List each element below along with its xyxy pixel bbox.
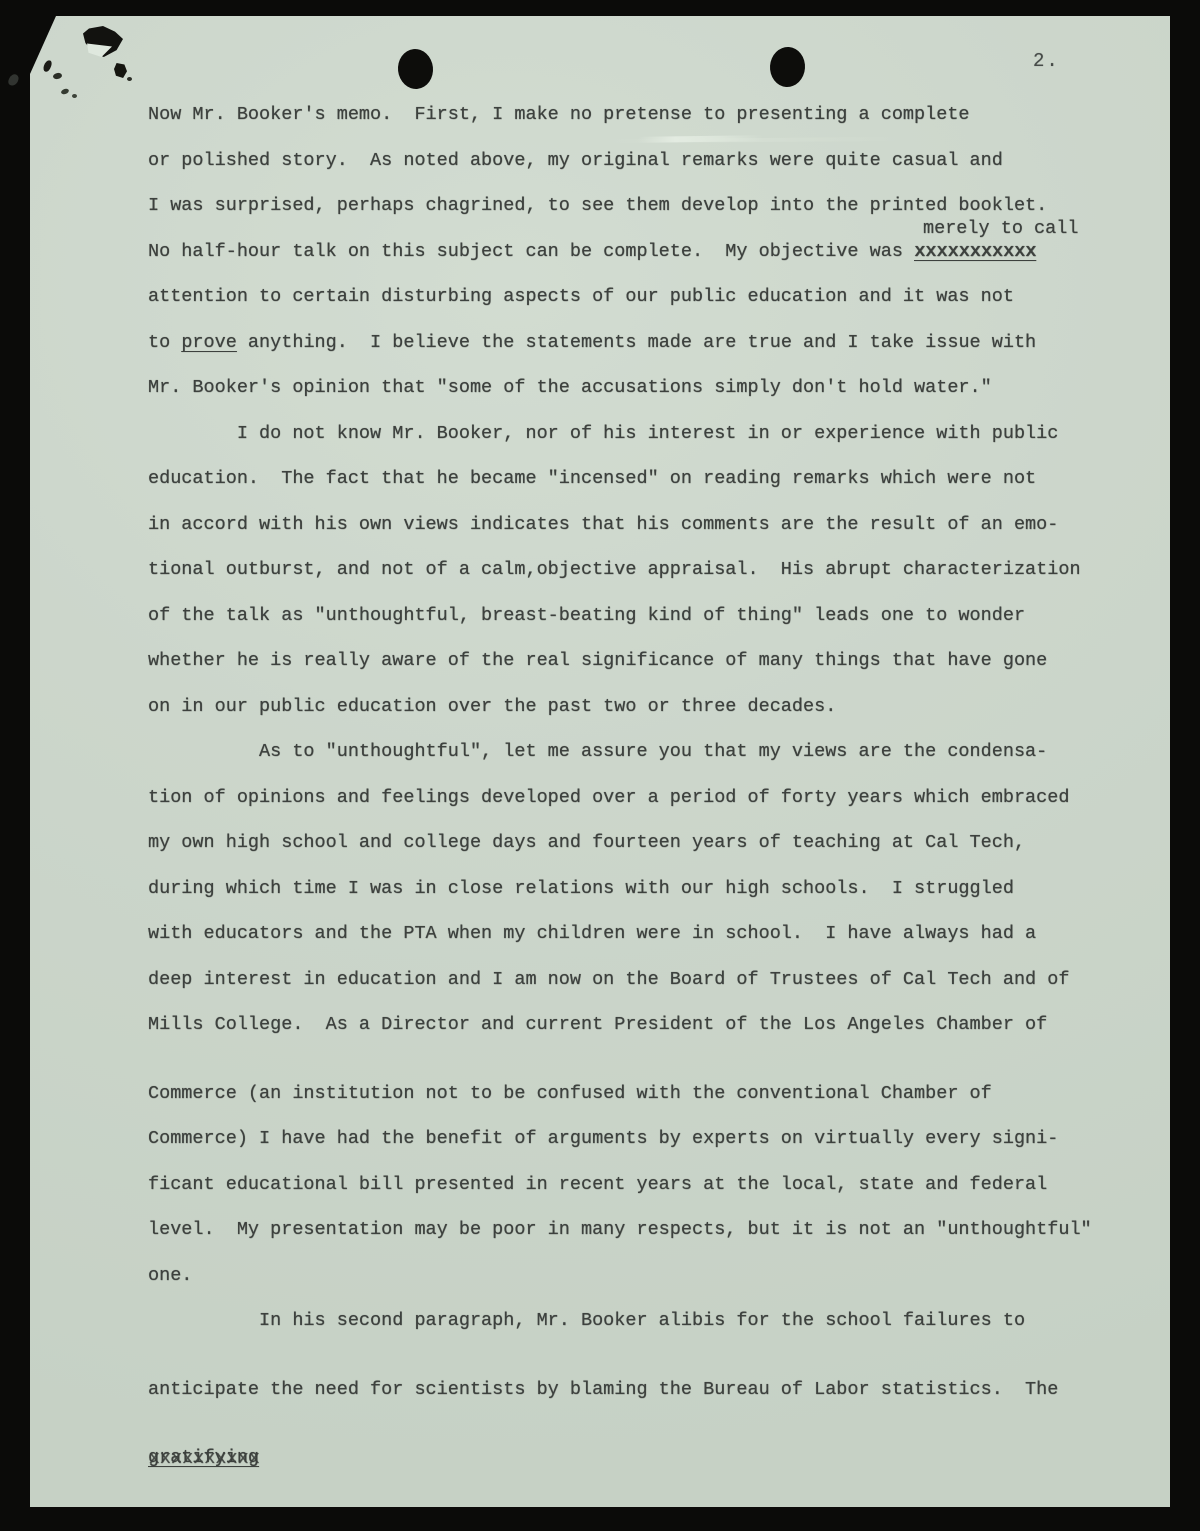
- text-segment: Now Mr. Booker's memo. First, I make no …: [148, 104, 970, 125]
- text-segment: merely to call: [923, 218, 1078, 239]
- text-segment: of the talk as "unthoughtful, breast-bea…: [148, 605, 1025, 626]
- text-segment: I do not know Mr. Booker, nor of his int…: [148, 423, 1058, 444]
- paper-speck: [127, 77, 132, 81]
- text-segment: anticipate the need for scientists by bl…: [148, 1379, 1058, 1400]
- text-segment: whether he is really aware of the real s…: [148, 650, 1047, 671]
- text-line: gratifying: [148, 1446, 259, 1470]
- paper-speck: [114, 63, 127, 78]
- text-line: Mills College. As a Director and current…: [148, 1013, 1047, 1037]
- text-segment: Commerce (an institution not to be confu…: [148, 1083, 992, 1104]
- text-segment: or polished story. As noted above, my or…: [148, 150, 1003, 171]
- text-line: Mr. Booker's opinion that "some of the a…: [148, 376, 992, 400]
- text-segment: deep interest in education and I am now …: [148, 969, 1069, 990]
- paper-speck: [42, 59, 52, 73]
- text-line: with educators and the PTA when my child…: [148, 922, 1036, 946]
- text-segment: Commerce) I have had the benefit of argu…: [148, 1128, 1058, 1149]
- text-segment: education. The fact that he became "ince…: [148, 468, 1036, 489]
- text-line: on in our public education over the past…: [148, 695, 836, 719]
- paper-speck: [60, 88, 69, 95]
- text-line: Now Mr. Booker's memo. First, I make no …: [148, 103, 970, 127]
- text-segment: one.: [148, 1265, 192, 1286]
- text-line: education. The fact that he became "ince…: [148, 467, 1036, 491]
- text-segment: I was surprised, perhaps chagrined, to s…: [148, 195, 1047, 216]
- document-body: Now Mr. Booker's memo. First, I make no …: [148, 103, 1138, 1483]
- text-segment: tional outburst, and not of a calm,objec…: [148, 559, 1081, 580]
- text-segment: attention to certain disturbing aspects …: [148, 286, 1014, 307]
- struck-out-text: gratifying: [148, 1446, 259, 1470]
- hole-punch-left: [396, 47, 435, 90]
- text-segment: to: [148, 332, 181, 353]
- text-segment: Mills College. As a Director and current…: [148, 1014, 1047, 1035]
- text-segment: As to "unthoughtful", let me assure you …: [148, 741, 1047, 762]
- document-page: 2. Now Mr. Booker's memo. First, I make …: [30, 16, 1170, 1507]
- dust-speck: [7, 73, 20, 88]
- scan-background: 2. Now Mr. Booker's memo. First, I make …: [0, 0, 1200, 1531]
- inserted-correction-line: merely to call: [923, 217, 1078, 241]
- text-line: I do not know Mr. Booker, nor of his int…: [148, 422, 1058, 446]
- text-line: Commerce) I have had the benefit of argu…: [148, 1127, 1058, 1151]
- text-line: Commerce (an institution not to be confu…: [148, 1082, 992, 1106]
- text-segment: level. My presentation may be poor in ma…: [148, 1219, 1092, 1240]
- text-line: to prove anything. I believe the stateme…: [148, 331, 1036, 355]
- text-segment: with educators and the PTA when my child…: [148, 923, 1036, 944]
- text-line: in accord with his own views indicates t…: [148, 513, 1058, 537]
- paper-speck: [72, 94, 77, 98]
- text-line: level. My presentation may be poor in ma…: [148, 1218, 1092, 1242]
- text-segment: during which time I was in close relatio…: [148, 878, 1014, 899]
- text-segment: ficant educational bill presented in rec…: [148, 1174, 1047, 1195]
- text-segment: in accord with his own views indicates t…: [148, 514, 1058, 535]
- text-segment: anything. I believe the statements made …: [237, 332, 1036, 353]
- text-line: attention to certain disturbing aspects …: [148, 285, 1014, 309]
- text-segment: on in our public education over the past…: [148, 696, 836, 717]
- text-line: my own high school and college days and …: [148, 831, 1025, 855]
- page-number: 2.: [1033, 49, 1060, 73]
- text-line: of the talk as "unthoughtful, breast-bea…: [148, 604, 1025, 628]
- hole-punch-right: [769, 46, 807, 88]
- text-line: during which time I was in close relatio…: [148, 877, 1014, 901]
- text-segment: my own high school and college days and …: [148, 832, 1025, 853]
- text-line: As to "unthoughtful", let me assure you …: [148, 740, 1047, 764]
- text-segment: tion of opinions and feelings developed …: [148, 787, 1069, 808]
- text-line: anticipate the need for scientists by bl…: [148, 1378, 1058, 1402]
- text-line: one.: [148, 1264, 192, 1288]
- text-line: I was surprised, perhaps chagrined, to s…: [148, 194, 1047, 218]
- text-segment: In his second paragraph, Mr. Booker alib…: [148, 1310, 1025, 1331]
- text-line: or polished story. As noted above, my or…: [148, 149, 1003, 173]
- text-line: tion of opinions and feelings developed …: [148, 786, 1069, 810]
- text-segment: Mr. Booker's opinion that "some of the a…: [148, 377, 992, 398]
- underlined-text: prove: [181, 332, 237, 353]
- text-segment: No half-hour talk on this subject can be…: [148, 241, 914, 262]
- struck-out-text: xxxxxxxxxxx: [914, 240, 1036, 264]
- text-line: No half-hour talk on this subject can be…: [148, 240, 1036, 264]
- text-line: deep interest in education and I am now …: [148, 968, 1069, 992]
- paper-speck: [52, 72, 62, 80]
- text-line: whether he is really aware of the real s…: [148, 649, 1047, 673]
- text-line: ficant educational bill presented in rec…: [148, 1173, 1047, 1197]
- text-line: tional outburst, and not of a calm,objec…: [148, 558, 1081, 582]
- text-line: In his second paragraph, Mr. Booker alib…: [148, 1309, 1025, 1333]
